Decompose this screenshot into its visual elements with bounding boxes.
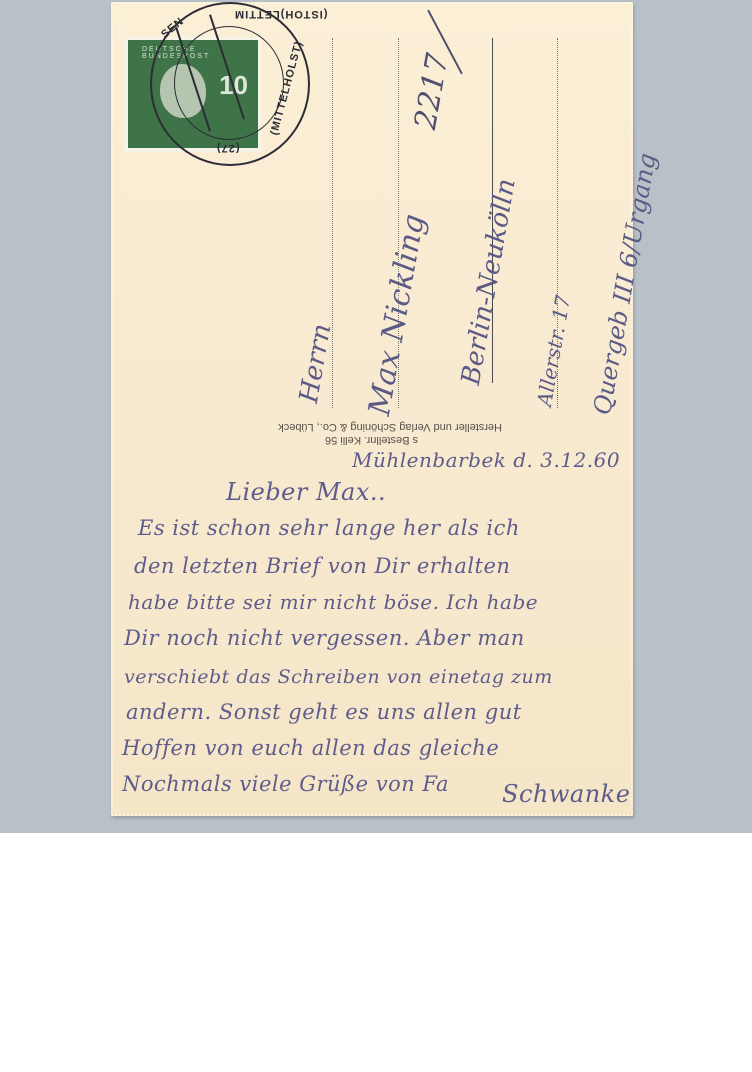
message-place-date: Mühlenbarbek d. 3.12.60 xyxy=(352,448,620,472)
message-greeting: Lieber Max.. xyxy=(226,478,386,506)
message-line: den letzten Brief von Dir erhalten xyxy=(134,554,510,578)
postmark-bottom-text: (27) xyxy=(216,142,240,154)
printer-imprint-line-1: Hersteller und Verlag Schöning & Co., Lü… xyxy=(200,420,502,433)
message-line: andern. Sonst geht es uns allen gut xyxy=(126,700,522,724)
message-line: Hoffen von euch allen das gleiche xyxy=(122,736,499,760)
message-line: verschiebt das Schreiben von einetag zum xyxy=(124,666,553,688)
message-line: habe bitte sei mir nicht böse. Ich habe xyxy=(128,590,538,614)
postmark-circle: (ISTOH)LETTIM (MITTELHOLST) SEN (27) xyxy=(150,2,310,166)
postmark-inner-ring xyxy=(174,26,284,140)
printer-imprint-line-2: s Bestellnr. Kelli 56 xyxy=(200,433,502,446)
message-line: Es ist schon sehr lange her als ich xyxy=(138,516,520,540)
message-signature: Schwanke xyxy=(502,780,630,808)
postmark-top-text: (ISTOH)LETTIM xyxy=(234,8,327,20)
printer-imprint: s Bestellnr. Kelli 56 Hersteller und Ver… xyxy=(200,420,502,446)
message-line: Dir noch nicht vergessen. Aber man xyxy=(124,626,525,650)
message-line: Nochmals viele Grüße von Fa xyxy=(122,772,449,796)
